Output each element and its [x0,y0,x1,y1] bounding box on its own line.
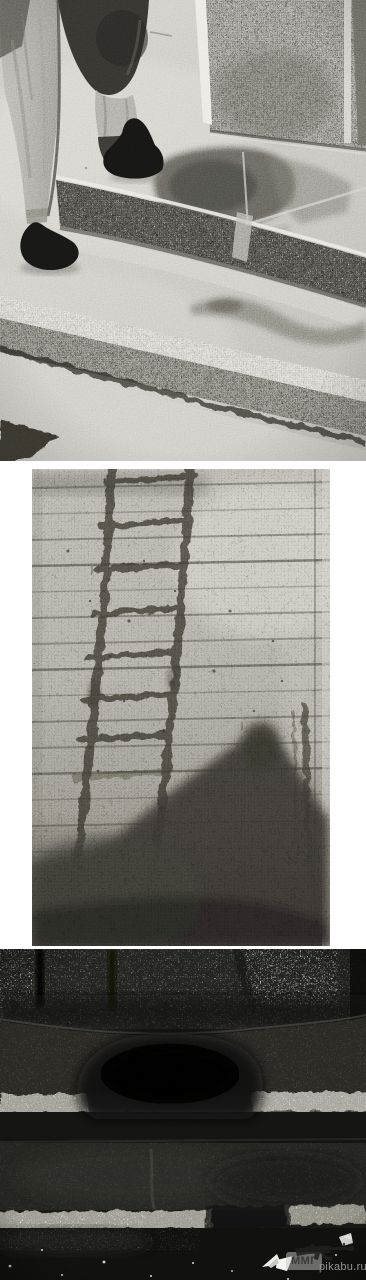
photo-steps-with-person-render [0,0,366,461]
watermark-site-label: pikabu.ru [319,1261,366,1273]
photo-steps-with-person [0,0,366,461]
photo-dark-steps-shadow [0,949,366,1280]
image-collage: ММГ pikabu.ru [0,0,366,1280]
photo-ladder-shadow-wall-render [32,469,330,946]
photo-ladder-shadow-wall [32,469,330,946]
rifle-icon [292,1239,358,1263]
photo-dark-steps-shadow-render [0,949,366,1280]
